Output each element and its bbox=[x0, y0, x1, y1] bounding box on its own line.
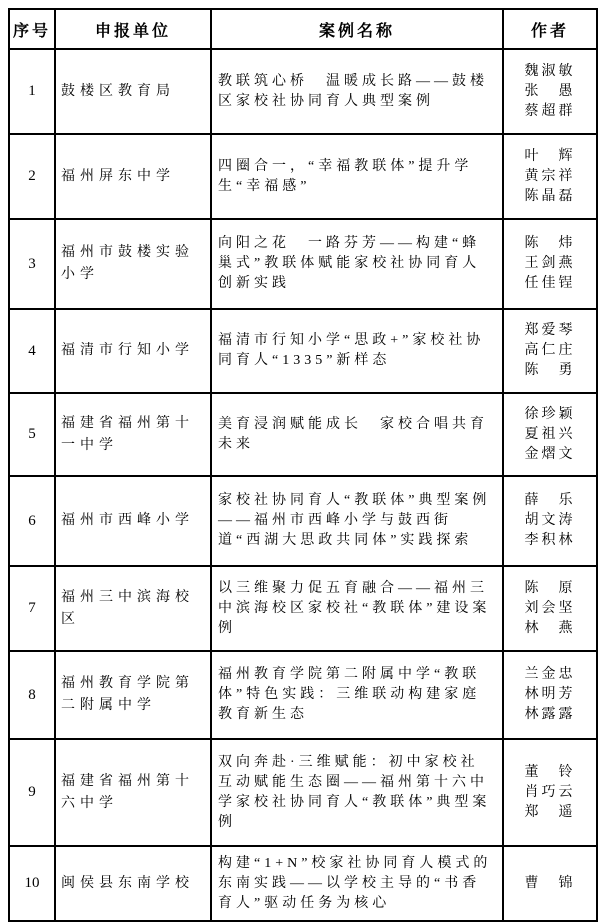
header-author: 作者 bbox=[503, 9, 597, 49]
header-serial: 序号 bbox=[9, 9, 55, 49]
table-row: 2 福州屏东中学 四圈合一，“幸福教联体”提升学生“幸福感” 叶 辉 黄宗祥 陈… bbox=[9, 134, 597, 219]
unit-cell: 闽侯县东南学校 bbox=[55, 846, 211, 921]
unit-cell: 福州教育学院第二附属中学 bbox=[55, 651, 211, 739]
authors-cell: 魏淑敏 张 愚 蔡超群 bbox=[503, 49, 597, 134]
row-number-cell: 9 bbox=[9, 739, 55, 846]
row-number-cell: 8 bbox=[9, 651, 55, 739]
authors-cell: 陈 原 刘会坚 林 燕 bbox=[503, 566, 597, 651]
authors-cell: 董 铃 肖巧云 郑 遥 bbox=[503, 739, 597, 846]
table-row: 8 福州教育学院第二附属中学 福州教育学院第二附属中学“教联体”特色实践：三维联… bbox=[9, 651, 597, 739]
row-number-cell: 3 bbox=[9, 219, 55, 309]
unit-cell: 福州市西峰小学 bbox=[55, 476, 211, 566]
table-row: 5 福建省福州第十一中学 美育浸润赋能成长 家校合唱共育未来 徐珍颖 夏祖兴 金… bbox=[9, 393, 597, 476]
case-cell: 以三维聚力促五育融合——福州三中滨海校区家校社“教联体”建设案例 bbox=[211, 566, 503, 651]
case-cell: 家校社协同育人“教联体”典型案例——福州市西峰小学与鼓西街道“西湖大思政共同体”… bbox=[211, 476, 503, 566]
authors-cell: 薛 乐 胡文涛 李积林 bbox=[503, 476, 597, 566]
header-case: 案例名称 bbox=[211, 9, 503, 49]
row-number-cell: 5 bbox=[9, 393, 55, 476]
authors-cell: 徐珍颖 夏祖兴 金熠文 bbox=[503, 393, 597, 476]
authors-cell: 兰金忠 林明芳 林露露 bbox=[503, 651, 597, 739]
table-row: 4 福清市行知小学 福清市行知小学“思政+”家校社协同育人“1335”新样态 郑… bbox=[9, 309, 597, 393]
cases-table: 序号 申报单位 案例名称 作者 1 鼓楼区教育局 教联筑心桥 温暖成长路——鼓楼… bbox=[8, 8, 598, 922]
case-cell: 福清市行知小学“思政+”家校社协同育人“1335”新样态 bbox=[211, 309, 503, 393]
unit-cell: 福州三中滨海校区 bbox=[55, 566, 211, 651]
unit-cell: 福建省福州第十一中学 bbox=[55, 393, 211, 476]
unit-cell: 福州屏东中学 bbox=[55, 134, 211, 219]
row-number-cell: 6 bbox=[9, 476, 55, 566]
authors-cell: 叶 辉 黄宗祥 陈晶磊 bbox=[503, 134, 597, 219]
table-row: 9 福建省福州第十六中学 双向奔赴·三维赋能：初中家校社互动赋能生态圈——福州第… bbox=[9, 739, 597, 846]
unit-cell: 鼓楼区教育局 bbox=[55, 49, 211, 134]
row-number-cell: 2 bbox=[9, 134, 55, 219]
table-row: 1 鼓楼区教育局 教联筑心桥 温暖成长路——鼓楼区家校社协同育人典型案例 魏淑敏… bbox=[9, 49, 597, 134]
authors-cell: 陈 炜 王剑燕 任佳锃 bbox=[503, 219, 597, 309]
row-number-cell: 1 bbox=[9, 49, 55, 134]
row-number-cell: 7 bbox=[9, 566, 55, 651]
case-cell: 双向奔赴·三维赋能：初中家校社互动赋能生态圈——福州第十六中学家校社协同育人“教… bbox=[211, 739, 503, 846]
case-cell: 四圈合一，“幸福教联体”提升学生“幸福感” bbox=[211, 134, 503, 219]
case-cell: 福州教育学院第二附属中学“教联体”特色实践：三维联动构建家庭教育新生态 bbox=[211, 651, 503, 739]
header-row: 序号 申报单位 案例名称 作者 bbox=[9, 9, 597, 49]
header-unit: 申报单位 bbox=[55, 9, 211, 49]
table-row: 10 闽侯县东南学校 构建“1+N”校家社协同育人模式的东南实践——以学校主导的… bbox=[9, 846, 597, 921]
case-cell: 构建“1+N”校家社协同育人模式的东南实践——以学校主导的“书香育人”驱动任务为… bbox=[211, 846, 503, 921]
unit-cell: 福建省福州第十六中学 bbox=[55, 739, 211, 846]
row-number-cell: 4 bbox=[9, 309, 55, 393]
table-row: 7 福州三中滨海校区 以三维聚力促五育融合——福州三中滨海校区家校社“教联体”建… bbox=[9, 566, 597, 651]
case-cell: 向阳之花 一路芬芳——构建“蜂巢式”教联体赋能家校社协同育人创新实践 bbox=[211, 219, 503, 309]
case-cell: 美育浸润赋能成长 家校合唱共育未来 bbox=[211, 393, 503, 476]
table-row: 3 福州市鼓楼实验小学 向阳之花 一路芬芳——构建“蜂巢式”教联体赋能家校社协同… bbox=[9, 219, 597, 309]
authors-cell: 郑爱琴 高仁庄 陈 勇 bbox=[503, 309, 597, 393]
table-row: 6 福州市西峰小学 家校社协同育人“教联体”典型案例——福州市西峰小学与鼓西街道… bbox=[9, 476, 597, 566]
row-number-cell: 10 bbox=[9, 846, 55, 921]
unit-cell: 福州市鼓楼实验小学 bbox=[55, 219, 211, 309]
authors-cell: 曹 锦 bbox=[503, 846, 597, 921]
case-cell: 教联筑心桥 温暖成长路——鼓楼区家校社协同育人典型案例 bbox=[211, 49, 503, 134]
unit-cell: 福清市行知小学 bbox=[55, 309, 211, 393]
